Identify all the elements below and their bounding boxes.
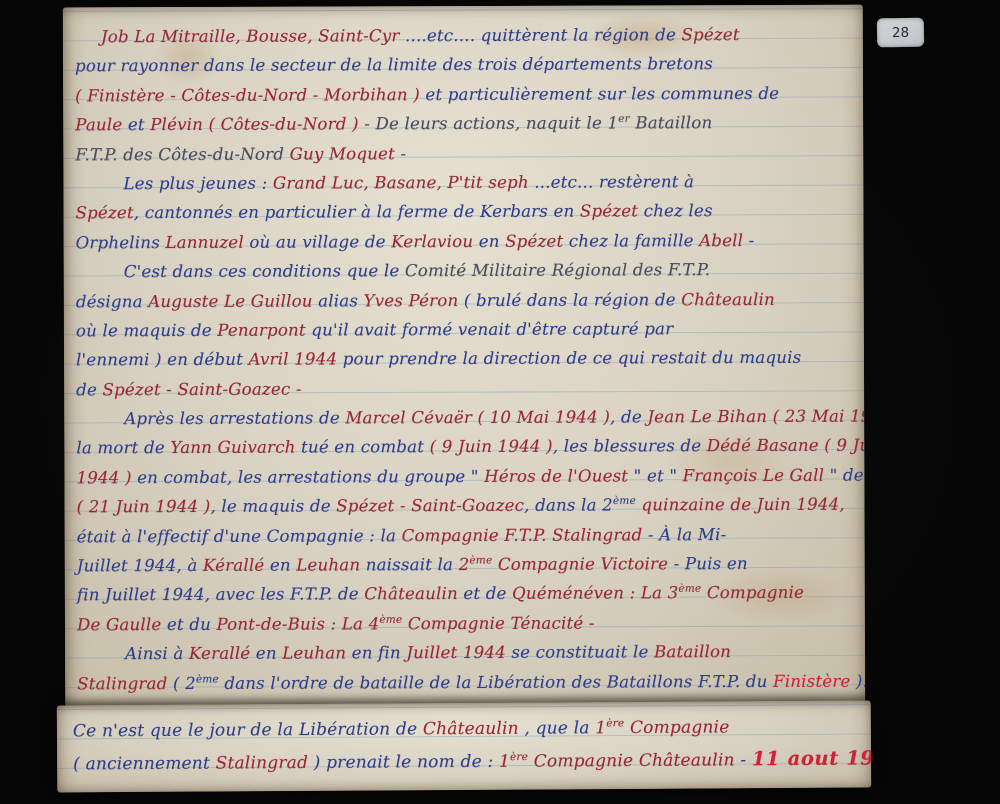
ink-segment: Grand Luc, Basane, P'tit seph <box>273 173 529 193</box>
ink-segment: F.T.P. des Côtes-du-Nord <box>75 144 289 164</box>
ink-segment: naissait la <box>360 555 458 574</box>
ink-segment: en combat, les arrestations du groupe " <box>132 467 485 487</box>
handwritten-line: De Gaulle et du Pont-de-Buis : La 4ème C… <box>77 607 859 639</box>
ink-segment: Héros de l'Ouest <box>484 466 628 486</box>
ink-segment: chez la famille <box>563 231 699 250</box>
handwritten-line: Job La Mitraille, Bousse, Saint-Cyr ....… <box>75 20 857 52</box>
ink-segment: Quéménéven : La 3 <box>512 584 678 604</box>
ink-segment: qu'il avait formé venait d'être capturé … <box>306 319 674 339</box>
handwritten-line: fin Juillet 1944, avec les F.T.P. de Châ… <box>77 578 859 610</box>
ink-segment: Avril 1944 <box>248 350 337 369</box>
ink-segment: ème <box>678 583 701 595</box>
ink-segment: Kérallé <box>203 556 265 575</box>
handwritten-line: Après les arrestations de Marcel Cévaër … <box>76 402 858 434</box>
ink-segment: pour rayonner dans le secteur de la limi… <box>75 55 713 76</box>
ink-segment: Bataillon <box>630 113 713 132</box>
handwritten-line: l'ennemi ) en début Avril 1944 pour pren… <box>76 343 858 375</box>
ink-segment: 1944 ) <box>76 468 131 487</box>
ink-segment: Kerlaviou <box>391 232 473 251</box>
ink-segment: Châteaulin <box>364 584 458 603</box>
handwritten-line: où le maquis de Penarpont qu'il avait fo… <box>76 314 858 346</box>
ink-segment: Yves Péron <box>364 291 459 310</box>
handwritten-line: Orphelins Lannuzel où au village de Kerl… <box>76 225 858 257</box>
handwritten-line: Paule et Plévin ( Côtes-du-Nord ) - De l… <box>75 108 857 140</box>
ink-segment: Penarpont <box>217 320 306 339</box>
ink-segment: était à l'effectif d'une Compagnie : la <box>77 526 402 546</box>
ink-segment: ( anciennement <box>73 754 216 775</box>
page-number-sticker: 28 <box>877 18 924 48</box>
handwritten-line: 1944 ) en combat, les arrestations du gr… <box>76 460 858 492</box>
ink-segment: Comité Militaire Régional des F.T.P. <box>405 260 710 280</box>
ink-segment: Leuhan <box>296 555 360 574</box>
ink-segment: - <box>395 144 406 163</box>
ink-segment: ère <box>606 717 624 729</box>
ink-segment: Finistère <box>773 671 850 690</box>
handwritten-line: Stalingrad ( 2ème dans l'ordre de batail… <box>77 666 859 698</box>
ink-segment: en <box>250 644 282 663</box>
ink-segment: Leuhan <box>282 644 346 663</box>
ink-segment: Les plus jeunes : <box>123 174 273 194</box>
ink-segment: " de <box>824 465 865 484</box>
ink-segment: pour prendre la direction de ce qui rest… <box>337 348 801 369</box>
ink-segment: Stalingrad <box>216 753 309 774</box>
ink-segment: Bataillon <box>654 642 731 661</box>
ink-segment: de <box>76 380 102 399</box>
ink-segment: ère <box>510 751 528 763</box>
ink-segment: tué en combat <box>296 438 430 457</box>
handwritten-line: Les plus jeunes : Grand Luc, Basane, P't… <box>75 167 857 199</box>
handwritten-line: ( 21 Juin 1944 ), le maquis de Spézet - … <box>76 490 858 522</box>
ink-segment: François Le Gall <box>683 466 825 485</box>
ink-segment: chez les <box>638 201 713 220</box>
ink-segment: en fin <box>346 643 406 662</box>
ink-segment: en <box>264 556 296 575</box>
ink-segment: Spézet <box>580 202 638 221</box>
ink-segment: Compagnie Victoire <box>492 554 668 574</box>
handwritten-line: désigna Auguste Le Guillou alias Yves Pé… <box>76 284 858 316</box>
ink-segment: Plévin ( Côtes-du-Nord ) <box>150 115 359 135</box>
ink-segment: ( 21 Juin 1944 ) <box>76 497 210 516</box>
ink-segment: ( brulé dans la région de <box>458 290 681 310</box>
ink-segment: et particulièrement sur les communes de <box>420 84 779 104</box>
ink-segment: Orphelins <box>76 233 166 252</box>
ink-segment: - <box>743 231 754 250</box>
ink-segment: , cantonnés en particulier à la ferme de… <box>134 202 580 223</box>
ink-segment: se constituait le <box>506 643 654 663</box>
ink-segment: Spézet <box>681 25 739 44</box>
ink-segment: 1 <box>595 718 606 738</box>
ink-segment: Stalingrad <box>77 674 167 693</box>
ink-segment: Juillet 1944 <box>406 643 506 662</box>
ink-segment: Compagnie <box>624 717 729 738</box>
manuscript-main-text: Job La Mitraille, Bousse, Saint-Cyr ....… <box>63 5 865 708</box>
ink-segment: C'est dans ces conditions que le <box>124 261 405 281</box>
ink-segment: la mort de <box>76 438 170 457</box>
handwritten-line: était à l'effectif d'une Compagnie : la … <box>77 519 859 551</box>
ink-segment: ( Finistère - Côtes-du-Nord - Morbihan ) <box>75 85 420 105</box>
ink-segment: et <box>122 115 150 134</box>
ink-segment: Pont-de-Buis : La 4 <box>216 614 379 634</box>
ink-segment: , que la <box>519 718 596 738</box>
ink-segment: Auguste Le Guillou <box>148 291 313 311</box>
handwritten-line: Spézet, cantonnés en particulier à la fe… <box>75 196 857 228</box>
ink-segment: - Puis en <box>668 554 748 573</box>
handwritten-line: la mort de Yann Guivarch tué en combat (… <box>76 431 858 463</box>
handwritten-line: Ainsi à Kerallé en Leuhan en fin Juillet… <box>77 637 859 669</box>
ink-segment: - De leurs actions, naquit le 1 <box>359 114 619 134</box>
ink-segment: Compagnie <box>701 583 804 602</box>
ink-segment: ....etc.... quittèrent la région de <box>399 25 681 45</box>
handwritten-line: ( Finistère - Côtes-du-Nord - Morbihan )… <box>75 78 857 110</box>
ink-segment: ...etc... restèrent à <box>529 172 694 192</box>
handwritten-line: ( anciennement Stalingrad ) prenait le n… <box>73 743 865 779</box>
ink-segment: Spézet <box>75 203 133 222</box>
ink-segment: dans l'ordre de bataille de la Libératio… <box>219 672 773 693</box>
ink-segment: Juillet 1944, à <box>77 556 203 575</box>
document-photo: Job La Mitraille, Bousse, Saint-Cyr ....… <box>0 0 1000 804</box>
ink-segment: ème <box>613 495 636 507</box>
ink-segment: Guy Moquet <box>290 144 395 163</box>
ink-segment: , les blessures de <box>553 437 707 457</box>
ink-segment: désigna <box>76 292 148 311</box>
ink-segment: Compagnie Châteaulin <box>528 750 735 771</box>
ink-segment: ( 2 <box>167 674 195 693</box>
ink-segment: , dans la 2 <box>524 496 613 515</box>
page-number-label: 28 <box>892 24 909 40</box>
ink-segment: Après les arrestations de <box>124 408 345 428</box>
ink-segment: - À la Mi- <box>642 525 726 544</box>
ink-segment: " et " <box>628 466 683 485</box>
ink-segment: Ainsi à <box>125 644 189 663</box>
ink-segment: Kerallé <box>189 644 251 663</box>
ink-segment: ème <box>379 613 402 625</box>
manuscript-page: Job La Mitraille, Bousse, Saint-Cyr ....… <box>63 5 865 708</box>
ink-segment: Jean Le Bihan ( 23 Mai 1944 ) <box>647 407 865 427</box>
ink-segment: quinzaine de Juin 1944, <box>641 495 845 515</box>
ink-segment: Châteaulin <box>681 289 775 308</box>
ink-segment: ème <box>196 673 219 685</box>
handwritten-line: de Spézet - Saint-Goazec - <box>76 372 858 404</box>
ink-segment: 1 <box>499 752 510 772</box>
ink-segment: Spézet - Saint-Goazec <box>336 496 524 516</box>
ink-segment: ) prenait le nom de : <box>308 752 499 773</box>
ink-segment: Lannuzel <box>165 233 244 252</box>
ink-segment: 11 aout 1944 <box>752 746 871 770</box>
handwritten-line: pour rayonner dans le secteur de la limi… <box>75 49 857 81</box>
ink-segment: , de <box>610 407 647 426</box>
ink-segment: et du <box>161 615 216 634</box>
handwritten-line: Juillet 1944, à Kérallé en Leuhan naissa… <box>77 549 859 581</box>
ink-segment: Compagnie Ténacité - <box>402 613 594 633</box>
ink-segment: , le maquis de <box>210 497 336 516</box>
ink-segment: De Gaulle <box>77 615 162 634</box>
ink-segment: Marcel Cévaër ( 10 Mai 1944 ) <box>345 408 610 428</box>
ink-segment: 2 <box>459 555 470 574</box>
ink-segment: Yann Guivarch <box>170 438 295 457</box>
ink-segment: ème <box>469 554 492 566</box>
ink-segment: Spézet - Saint-Goazec - <box>102 379 301 399</box>
ink-segment: Spézet <box>505 231 563 250</box>
handwritten-line: C'est dans ces conditions que le Comité … <box>76 255 858 287</box>
ink-segment: Ce n'est que le jour de la Libération de <box>73 719 423 741</box>
ink-segment: er <box>618 113 630 125</box>
ink-segment: - <box>735 750 752 770</box>
ink-segment: ( 9 Juin 1944 ) <box>430 437 553 456</box>
handwritten-line: Ce n'est que le jour de la Libération de… <box>73 712 865 748</box>
ink-segment: Job La Mitraille, Bousse, Saint-Cyr <box>101 26 400 46</box>
ink-segment: Paule <box>75 115 122 134</box>
handwritten-line: F.T.P. des Côtes-du-Nord Guy Moquet - <box>75 137 857 169</box>
ink-segment: fin Juillet 1944, avec les F.T.P. de <box>77 585 364 605</box>
ink-segment: où le maquis de <box>76 321 217 340</box>
ink-segment: et de <box>458 584 512 603</box>
ink-segment: alias <box>313 291 364 310</box>
manuscript-strip-text: Ce n'est que le jour de la Libération de… <box>57 701 872 793</box>
ink-segment: Châteaulin <box>423 719 519 740</box>
ink-segment: Dédé Basane ( 9 Juin <box>707 436 866 456</box>
ink-segment: Compagnie F.T.P. Stalingrad <box>402 525 643 545</box>
ink-segment: où au village de <box>244 232 391 252</box>
ink-segment: ). <box>850 671 865 690</box>
ink-segment: Abell <box>699 231 743 250</box>
manuscript-bottom-strip: Ce n'est que le jour de la Libération de… <box>57 701 872 793</box>
ink-segment: l'ennemi ) en début <box>76 350 249 370</box>
ink-segment: en <box>473 232 505 251</box>
